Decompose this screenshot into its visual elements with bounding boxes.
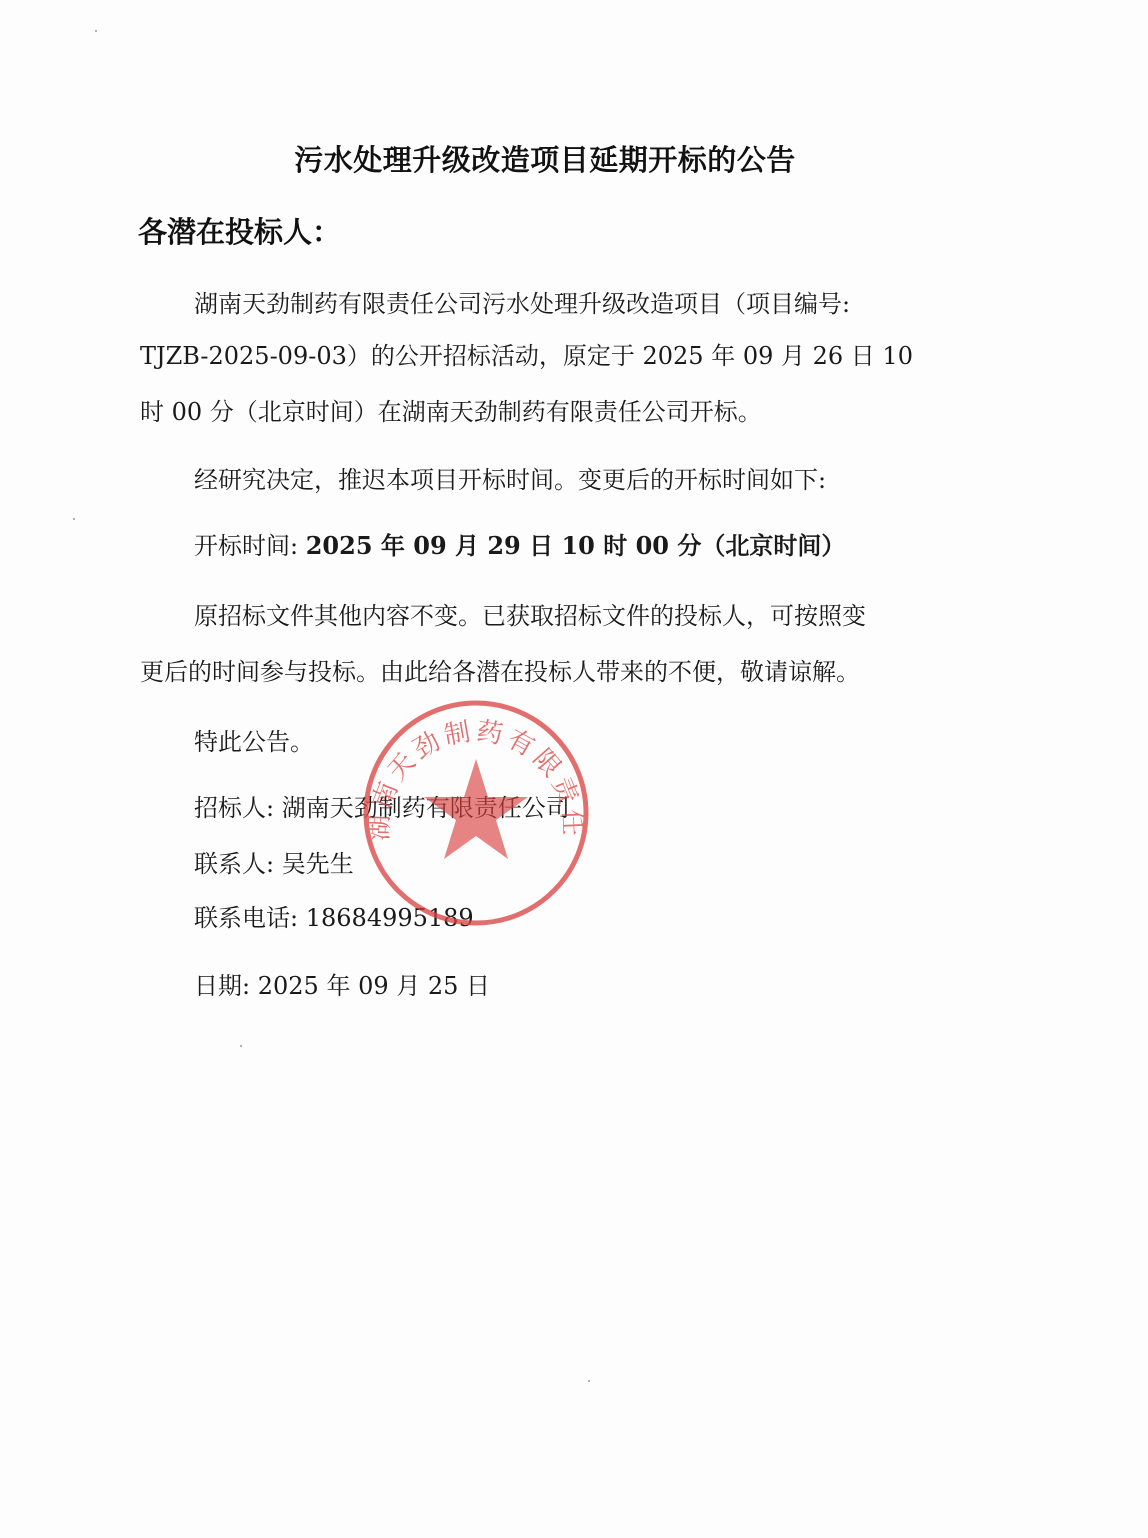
scan-speck	[95, 30, 97, 32]
date-value: 2025 年 09 月 25 日	[258, 972, 490, 1000]
closing-statement: 特此公告。	[194, 722, 314, 757]
tenderer-value: 湖南天劲制药有限责任公司	[282, 794, 570, 822]
contact-phone-row: 联系电话: 18684995189	[194, 898, 474, 933]
paragraph-1-line-1: 湖南天劲制药有限责任公司污水处理升级改造项目（项目编号:	[194, 284, 850, 319]
date-label: 日期:	[194, 972, 250, 1000]
document-title: 污水处理升级改造项目延期开标的公告	[0, 138, 1090, 179]
new-opening-time-label: 开标时间:	[194, 532, 298, 560]
contact-phone-label: 联系电话:	[194, 904, 298, 932]
paragraph-1-line-3: 时 00 分（北京时间）在湖南天劲制药有限责任公司开标。	[140, 392, 762, 427]
contact-person-value: 吴先生	[282, 850, 354, 878]
paragraph-2: 经研究决定，推迟本项目开标时间。变更后的开标时间如下:	[194, 460, 826, 495]
contact-person-row: 联系人: 吴先生	[194, 844, 354, 879]
date-row: 日期: 2025 年 09 月 25 日	[194, 966, 490, 1001]
tenderer-row: 招标人: 湖南天劲制药有限责任公司	[194, 788, 570, 823]
scan-speck	[73, 518, 75, 520]
paragraph-3-line-1: 原招标文件其他内容不变。已获取招标文件的投标人，可按照变	[194, 596, 866, 631]
contact-phone-value: 18684995189	[306, 904, 474, 932]
paragraph-1-line-2: TJZB-2025-09-03）的公开招标活动，原定于 2025 年 09 月 …	[140, 336, 913, 371]
scan-speck	[588, 1380, 590, 1382]
paragraph-3-line-2: 更后的时间参与投标。由此给各潜在投标人带来的不便，敬请谅解。	[140, 652, 860, 687]
new-opening-time: 开标时间: 2025 年 09 月 29 日 10 时 00 分（北京时间）	[194, 526, 845, 561]
scan-speck	[240, 1045, 242, 1047]
contact-person-label: 联系人:	[194, 850, 274, 878]
tenderer-label: 招标人:	[194, 794, 274, 822]
salutation: 各潜在投标人：	[138, 210, 341, 251]
new-opening-time-value: 2025 年 09 月 29 日 10 时 00 分（北京时间）	[306, 531, 846, 560]
document-page: 污水处理升级改造项目延期开标的公告 各潜在投标人： 湖南天劲制药有限责任公司污水…	[0, 0, 1148, 1538]
